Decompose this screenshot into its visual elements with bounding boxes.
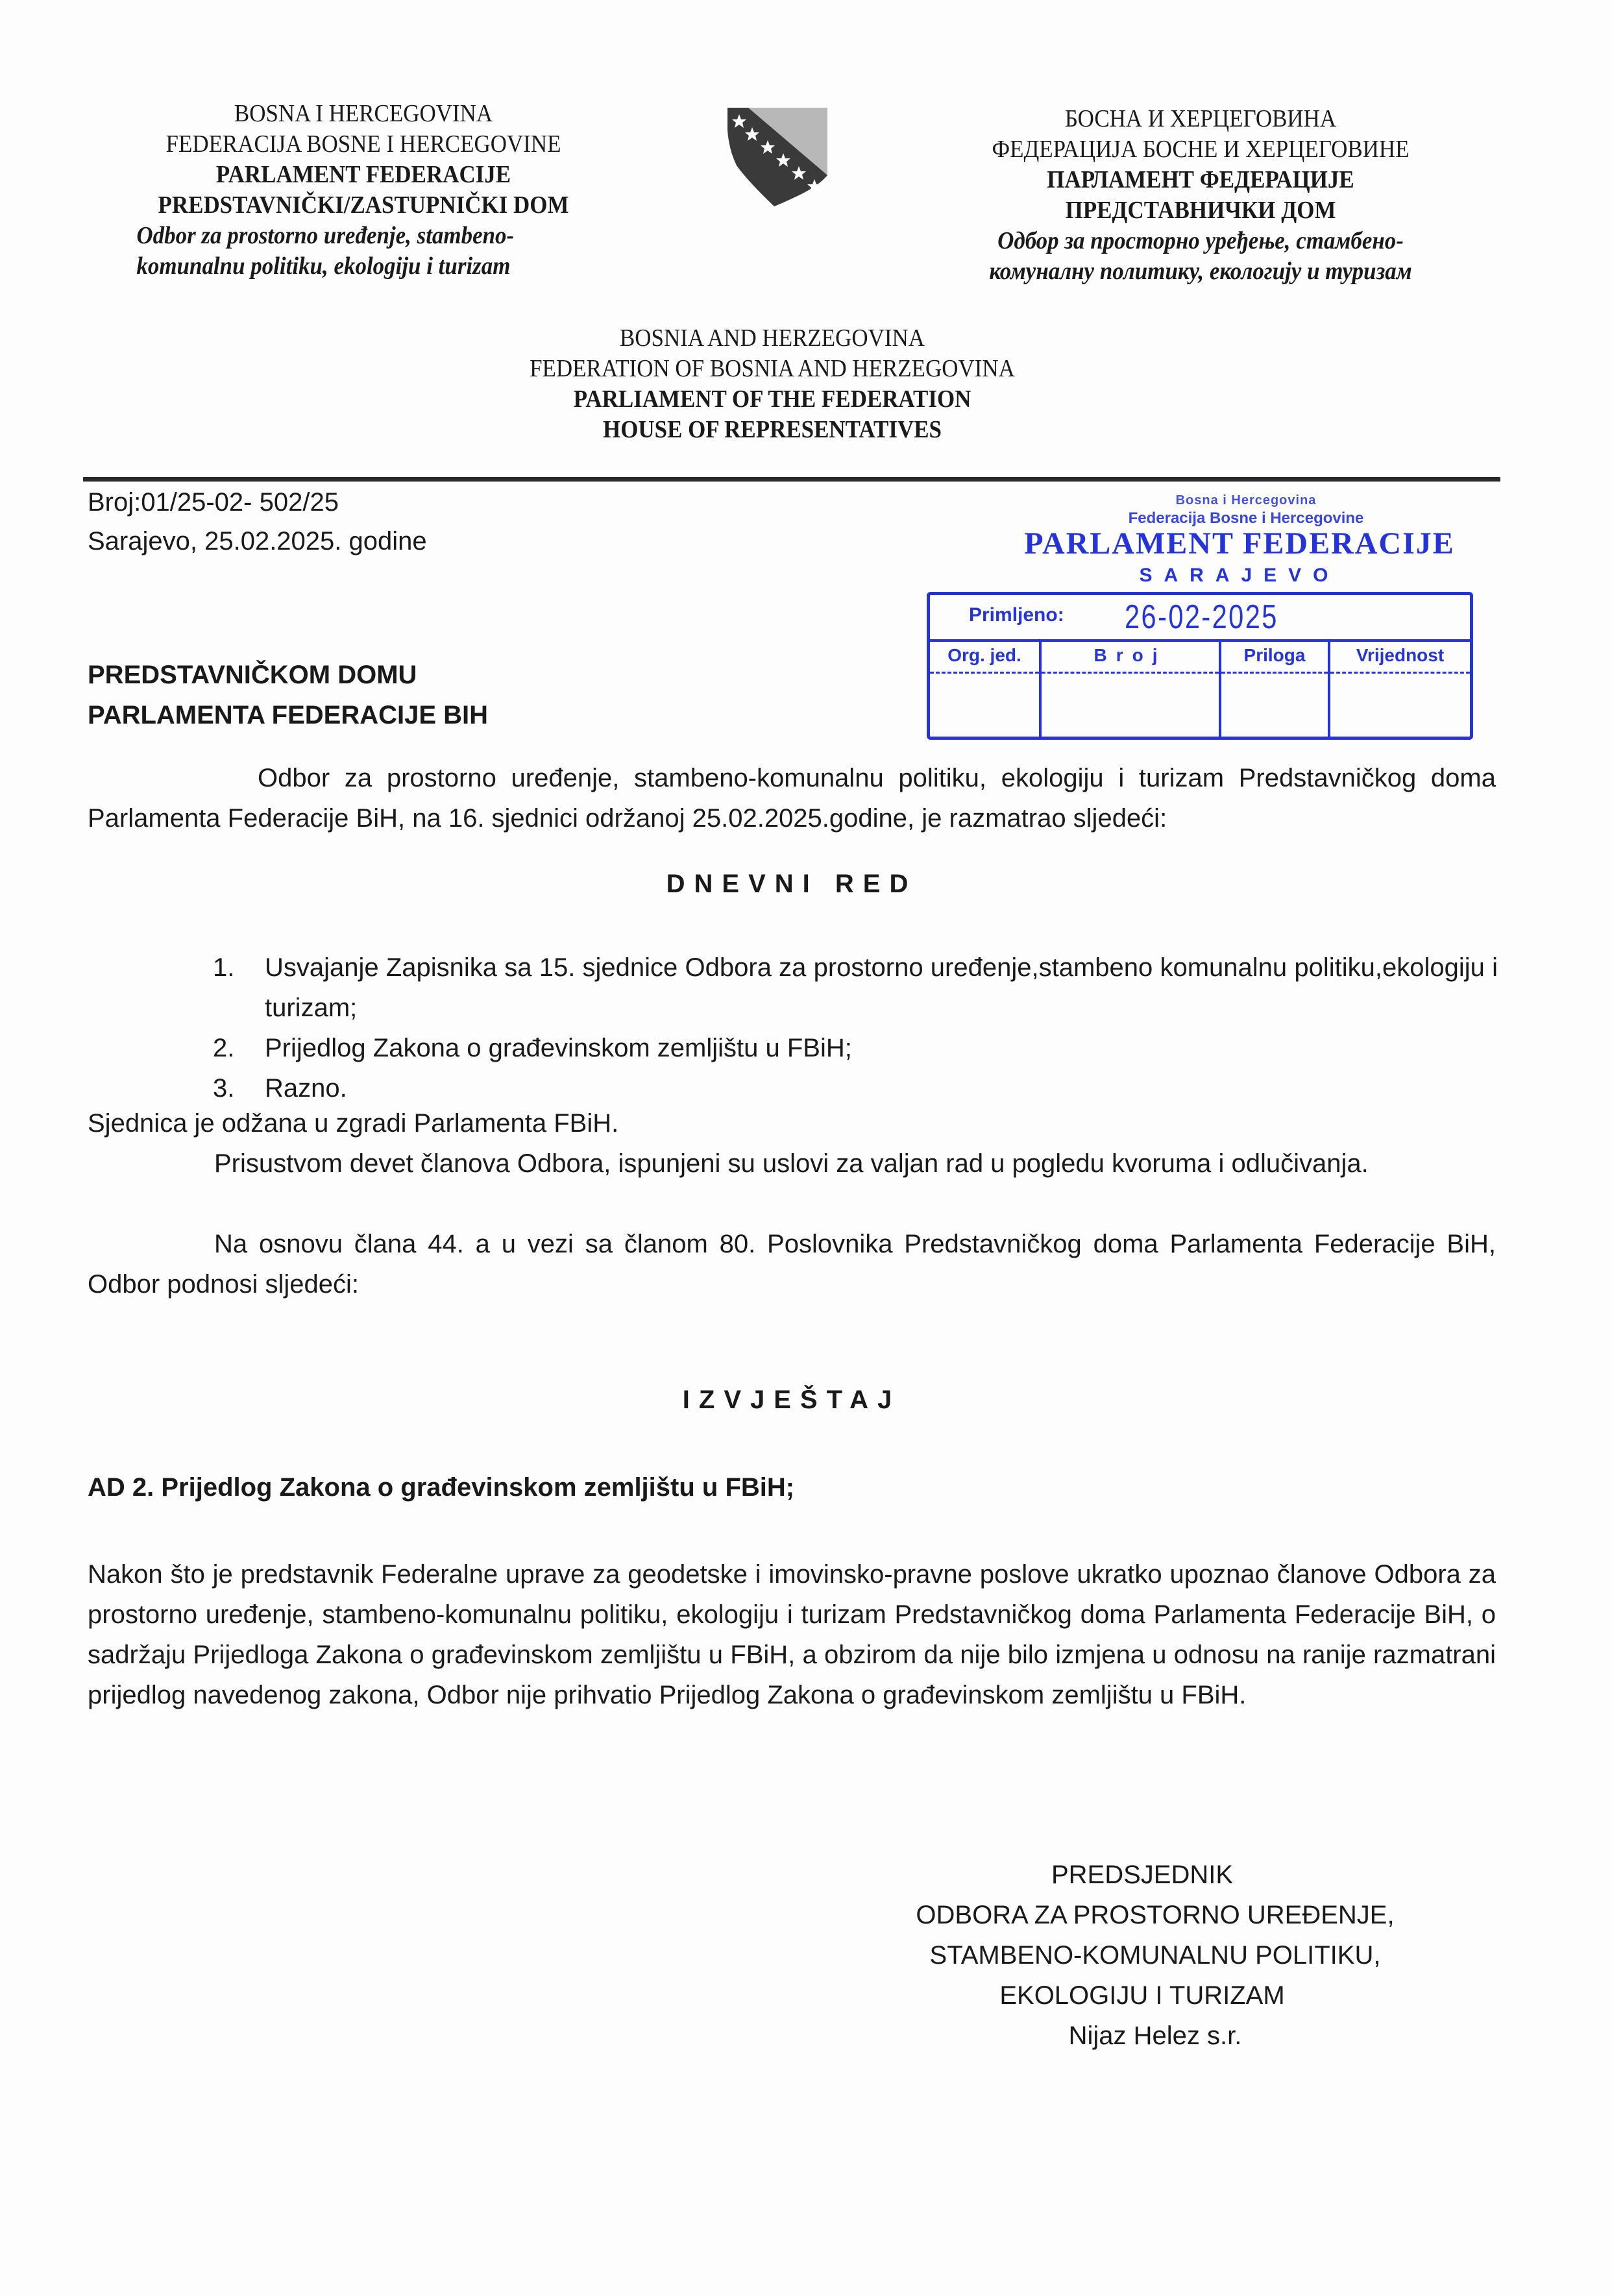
header-english-line: BOSNIA AND HERZEGOVINA: [444, 323, 1101, 354]
header-latin-line: Odbor za prostorno uređenje, stambeno-: [119, 221, 608, 251]
header-english-line: PARLIAMENT OF THE FEDERATION: [444, 384, 1101, 415]
stamp-line: Bosna i Hercegovina: [1103, 493, 1389, 508]
agenda-item-text: Usvajanje Zapisnika sa 15. sjednice Odbo…: [265, 953, 1498, 1022]
header-divider: [83, 477, 1500, 482]
addressee-line: PARLAMENTA FEDERACIJE BIH: [88, 701, 488, 730]
signature-line: STAMBENO-KOMUNALNU POLITIKU,: [831, 1935, 1480, 1975]
stamp-city: SARAJEVO: [1103, 565, 1376, 587]
header-latin-line: komunalnu politiku, ekologiju i turizam: [119, 251, 608, 282]
header-cyrillic-line: Одбор за просторно уређење, стамбено-: [944, 226, 1457, 256]
signature-title: PREDSJEDNIK: [818, 1855, 1467, 1895]
agenda-item-number: 1.: [213, 947, 234, 988]
report-title: IZVJEŠTAJ: [88, 1386, 1496, 1415]
stamp-title: PARLAMENT FEDERACIJE: [1012, 526, 1467, 561]
stamp-column: Org. jed.: [930, 639, 1042, 737]
header-latin: BOSNA I HERCEGOVINA FEDERACIJA BOSNE I H…: [119, 99, 608, 282]
stamp-column: Vrijednost: [1330, 639, 1470, 737]
signature-line: ODBORA ZA PROSTORNO UREĐENJE,: [831, 1895, 1480, 1935]
signature-block: PREDSJEDNIK ODBORA ZA PROSTORNO UREĐENJE…: [831, 1855, 1480, 2056]
header-cyrillic-line: ФЕДЕРАЦИЈА БОСНЕ И ХЕРЦЕГОВИНЕ: [944, 134, 1457, 165]
agenda-item-number: 3.: [213, 1068, 234, 1108]
stamp-column: Priloga: [1221, 639, 1330, 737]
header-cyrillic-line: БОСНА И ХЕРЦЕГОВИНА: [944, 104, 1457, 134]
header-latin-line: PARLAMENT FEDERACIJE: [119, 160, 608, 190]
agenda-list: 1.Usvajanje Zapisnika sa 15. sjednice Od…: [206, 947, 1498, 1108]
stamp-columns: Org. jed. Broj Priloga Vrijednost: [930, 639, 1470, 737]
header-english-line: HOUSE OF REPRESENTATIVES: [444, 415, 1101, 445]
agenda-item-text: Razno.: [265, 1074, 347, 1103]
stamp-received-label: Primljeno:: [969, 604, 1064, 626]
signature-line: EKOLOGIJU I TURIZAM: [818, 1975, 1467, 2016]
agenda-title: DNEVNI RED: [88, 870, 1496, 899]
agenda-item: 1.Usvajanje Zapisnika sa 15. sjednice Od…: [206, 947, 1498, 1028]
intro-paragraph: Odbor za prostorno uređenje, stambeno-ko…: [88, 758, 1496, 838]
received-stamp: Primljeno: 26-02-2025 Org. jed. Broj Pri…: [927, 592, 1473, 740]
agenda-item: 2.Prijedlog Zakona o građevinskom zemlji…: [206, 1028, 1498, 1068]
header-cyrillic-line: ПАРЛАМЕНТ ФЕДЕРАЦИЈЕ: [944, 165, 1457, 195]
stamp-column: Broj: [1042, 639, 1221, 737]
stamp-received-row: Primljeno: 26-02-2025: [930, 595, 1470, 642]
session-location: Sjednica je odžana u zgradi Parlamenta F…: [88, 1103, 1496, 1143]
header-latin-line: BOSNA I HERCEGOVINA: [119, 99, 608, 129]
stamp-column-header: Vrijednost: [1330, 639, 1470, 674]
bih-coat-of-arms-icon: [722, 104, 833, 208]
stamp-column-header: Priloga: [1221, 639, 1328, 674]
header-english: BOSNIA AND HERZEGOVINA FEDERATION OF BOS…: [444, 323, 1101, 445]
legal-basis-paragraph: Na osnovu člana 44. a u vezi sa članom 8…: [88, 1224, 1496, 1304]
addressee-line: PREDSTAVNIČKOM DOMU: [88, 661, 417, 690]
header-english-line: FEDERATION OF BOSNIA AND HERZEGOVINA: [444, 354, 1101, 384]
agenda-item-text: Prijedlog Zakona o građevinskom zemljišt…: [265, 1034, 852, 1062]
reference-date: Sarajevo, 25.02.2025. godine: [88, 527, 427, 556]
signatory-name: Nijaz Helez s.r.: [831, 2016, 1480, 2056]
conclusion-paragraph: Nakon što je predstavnik Federalne uprav…: [88, 1554, 1496, 1715]
stamp-received-date: 26-02-2025: [1125, 598, 1278, 637]
stamp-column-header: Broj: [1042, 639, 1219, 674]
header-cyrillic: БОСНА И ХЕРЦЕГОВИНА ФЕДЕРАЦИЈА БОСНЕ И Х…: [944, 104, 1457, 287]
stamp-column-header: Org. jed.: [930, 639, 1039, 674]
stamp-line: Federacija Bosne i Hercegovine: [1051, 509, 1441, 528]
header-cyrillic-line: ПРЕДСТАВНИЧКИ ДОМ: [944, 195, 1457, 226]
quorum-paragraph: Prisustvom devet članova Odbora, ispunje…: [88, 1143, 1496, 1184]
header-latin-line: PREDSTAVNIČKI/ZASTUPNIČKI DOM: [119, 190, 608, 221]
header-latin-line: FEDERACIJA BOSNE I HERCEGOVINE: [119, 129, 608, 160]
agenda-item: 3.Razno.: [206, 1068, 1498, 1108]
agenda-item-number: 2.: [213, 1028, 234, 1068]
ad-heading: AD 2. Prijedlog Zakona o građevinskom ze…: [88, 1473, 794, 1502]
reference-number: Broj:01/25-02- 502/25: [88, 488, 339, 517]
header-cyrillic-line: комуналну политику, екологију и туризам: [944, 256, 1457, 287]
